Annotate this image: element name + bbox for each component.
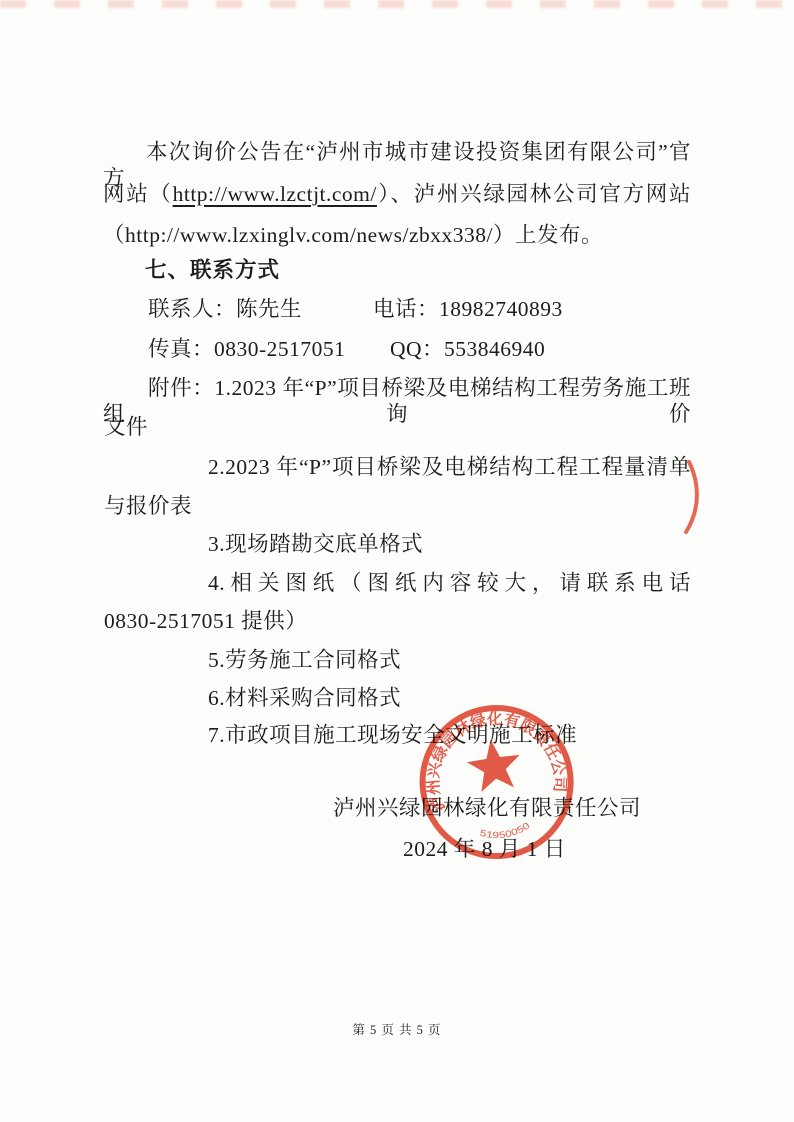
contact-qq: QQ：553846940: [390, 336, 545, 362]
attachment-1-continuation: 文件: [104, 414, 148, 440]
seal-star-icon: [464, 736, 524, 794]
attachment-1: 附件：1.2023 年“P”项目桥梁及电梯结构工程劳务施工班组询价: [103, 375, 691, 427]
contact-fax: 传真：0830-2517051: [148, 336, 345, 362]
notice-paragraph-line2: 网站（http://www.lzctjt.com/）、泸州兴绿园林公司官方网站: [103, 181, 691, 207]
attachment-4: 4.相关图纸（图纸内容较大，请联系电话: [103, 570, 691, 596]
footer-page-number: 第 5 页 共 5 页: [0, 1020, 794, 1038]
attachment-2: 2.2023 年“P”项目桥梁及电梯结构工程工程量清单: [103, 454, 691, 480]
attachment-5: 5.劳务施工合同格式: [208, 647, 401, 673]
notice-paragraph-line3: （http://www.lzxinglv.com/news/zbxx338/）上…: [103, 222, 603, 248]
document-page: 本次询价公告在“泸州市城市建设投资集团有限公司”官方 网站（http://www…: [0, 0, 794, 1122]
line2-suffix: ）、泸州兴绿园林公司官方网站: [377, 182, 691, 206]
attachment-3: 3.现场踏勘交底单格式: [208, 531, 423, 557]
red-arc-mark: [668, 452, 712, 544]
lzctjt-url-link: http://www.lzctjt.com/: [173, 182, 377, 206]
company-seal-stamp: 泸州兴绿园林绿化有限责任公司 519500500326: [405, 688, 590, 883]
line2-prefix: 网站（: [103, 182, 173, 206]
contact-phone: 电话：18982740893: [373, 296, 563, 322]
contact-person: 联系人：陈先生: [148, 296, 302, 322]
section-heading-contact: 七、联系方式: [145, 257, 280, 283]
attachment-4-continuation: 0830-2517051 提供）: [104, 608, 307, 634]
attachment-6: 6.材料采购合同格式: [208, 685, 401, 711]
attachment-2-continuation: 与报价表: [104, 493, 192, 519]
scan-red-artifact: [0, 0, 794, 8]
